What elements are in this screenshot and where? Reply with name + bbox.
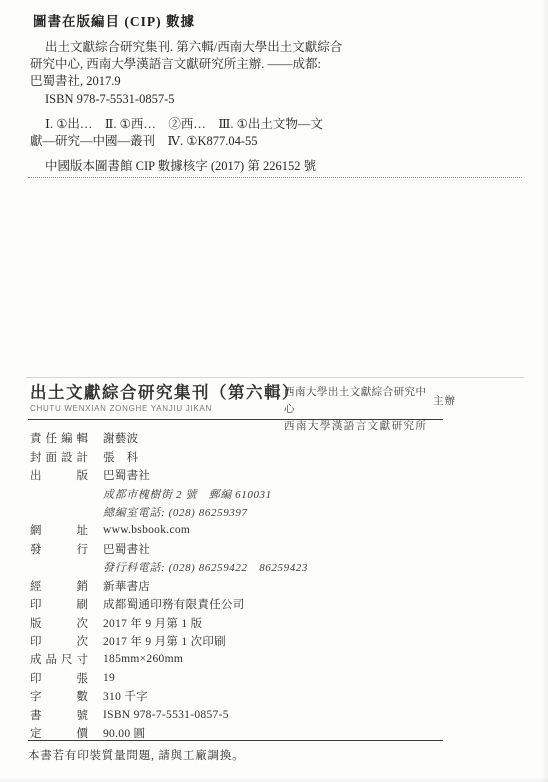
row-label: 字數 bbox=[30, 688, 88, 704]
row-label: 封面設計 bbox=[30, 449, 88, 465]
cip-line: Ⅰ. ①出… Ⅱ. ①西… ②西… Ⅲ. ①出土文物—文 bbox=[30, 116, 520, 133]
cip-description-paragraph: 出土文獻綜合研究集刊. 第六輯/西南大學出土文獻綜合 研究中心, 西南大學漢語言… bbox=[30, 39, 520, 108]
colophon-page: 圖書在版編目 (CIP) 數據 出土文獻綜合研究集刊. 第六輯/西南大學出土文獻… bbox=[0, 0, 548, 782]
row-value: 新華書店 bbox=[103, 578, 150, 594]
row-label: 書號 bbox=[30, 707, 88, 723]
quality-note: 本書若有印裝質量問題, 請與工廠調換。 bbox=[28, 747, 244, 763]
cip-record-number-line: 中國版本圖書館 CIP 數據核字 (2017) 第 226152 號 bbox=[30, 158, 520, 175]
colophon-row-edition: 版次 2017 年 9 月第 1 版 bbox=[30, 613, 528, 631]
colophon-row-website: 網址 www.bsbook.com bbox=[30, 521, 528, 539]
scan-edge-shading-bottom bbox=[0, 777, 548, 782]
colophon-row-cover-design: 封面設計 張 科 bbox=[30, 447, 528, 465]
row-value: www.bsbook.com bbox=[103, 524, 190, 536]
row-value: 巴蜀書社 bbox=[103, 541, 150, 557]
sponsor-label: 主辦 bbox=[433, 393, 456, 408]
dotted-divider bbox=[28, 177, 522, 178]
row-label: 定價 bbox=[30, 725, 88, 741]
colophon-row-trim-size: 成品尺寸 185mm×260mm bbox=[30, 650, 528, 668]
faint-rule bbox=[26, 377, 524, 378]
row-value: 張 科 bbox=[103, 449, 138, 465]
title-underline-rule bbox=[28, 419, 443, 420]
colophon-row-printer: 印刷 成都蜀通印務有限責任公司 bbox=[30, 595, 528, 613]
cip-heading: 圖書在版編目 (CIP) 數據 bbox=[33, 10, 195, 30]
organizer-block: 西南大學出土文獻綜合研究中心 西南大學漢語言文獻研究所 bbox=[284, 384, 426, 435]
colophon-row-editor: 責任編輯 謝藝波 bbox=[30, 429, 528, 447]
row-label: 成品尺寸 bbox=[30, 651, 88, 667]
row-value: 19 bbox=[103, 672, 115, 684]
colophon-row-isbn: 書號 ISBN 978-7-5531-0857-5 bbox=[30, 706, 528, 724]
cip-record-paragraph: 中國版本圖書館 CIP 數據核字 (2017) 第 226152 號 bbox=[30, 158, 520, 175]
footer-rule bbox=[28, 740, 443, 741]
row-label: 責任編輯 bbox=[30, 430, 88, 446]
cip-isbn-line: ISBN 978-7-5531-0857-5 bbox=[30, 91, 520, 108]
row-value: 2017 年 9 月第 1 版 bbox=[103, 615, 202, 631]
colophon-row-distributor: 發行 巴蜀書社 bbox=[30, 540, 528, 558]
organizer-line-1: 西南大學出土文獻綜合研究中心 bbox=[284, 384, 426, 418]
cip-line: 巴蜀書社, 2017.9 bbox=[30, 73, 520, 90]
colophon-row-printing: 印次 2017 年 9 月第 1 次印刷 bbox=[30, 632, 528, 650]
row-value: ISBN 978-7-5531-0857-5 bbox=[103, 709, 229, 721]
row-value: 2017 年 9 月第 1 次印刷 bbox=[103, 633, 226, 649]
colophon-row-publisher-address: 成都市槐樹街 2 號 郵編 610031 bbox=[30, 484, 528, 502]
title-block: 出土文獻綜合研究集刊（第六輯） CHUTU WENXIAN ZONGHE YAN… bbox=[30, 383, 520, 417]
row-label: 發行 bbox=[30, 541, 88, 557]
row-label: 印次 bbox=[30, 633, 88, 649]
colophon-rows: 責任編輯 謝藝波 封面設計 張 科 出版 巴蜀書社 成都市槐樹街 2 號 郵編 … bbox=[30, 429, 528, 742]
cip-classification-paragraph: Ⅰ. ①出… Ⅱ. ①西… ②西… Ⅲ. ①出土文物—文 獻—研究—中國—叢刊 … bbox=[30, 116, 520, 150]
row-label: 網址 bbox=[30, 522, 88, 538]
row-label: 出版 bbox=[30, 467, 88, 483]
row-label: 印刷 bbox=[30, 596, 88, 612]
cip-line: 獻—研究—中國—叢刊 Ⅳ. ①K877.04-55 bbox=[30, 133, 520, 150]
cip-line: 研究中心, 西南大學漢語言文獻研究所主辦. ——成都: bbox=[30, 56, 520, 73]
row-label: 版次 bbox=[30, 615, 88, 631]
colophon-row-publisher: 出版 巴蜀書社 bbox=[30, 466, 528, 484]
row-value: 成都蜀通印務有限責任公司 bbox=[103, 596, 245, 612]
row-label: 印張 bbox=[30, 670, 88, 686]
colophon-row-publisher-phone: 總編室電話: (028) 86259397 bbox=[30, 503, 528, 521]
row-value: 謝藝波 bbox=[103, 430, 138, 446]
row-label: 經銷 bbox=[30, 578, 88, 594]
colophon-row-word-count: 字數 310 千字 bbox=[30, 687, 528, 705]
cip-line: 出土文獻綜合研究集刊. 第六輯/西南大學出土文獻綜合 bbox=[30, 39, 520, 56]
row-value: 總編室電話: (028) 86259397 bbox=[103, 504, 248, 520]
colophon-row-seller: 經銷 新華書店 bbox=[30, 577, 528, 595]
colophon-row-distribution-phone: 發行科電話: (028) 86259422 86259423 bbox=[30, 558, 528, 576]
row-value: 發行科電話: (028) 86259422 86259423 bbox=[103, 559, 308, 575]
colophon-row-sheets: 印張 19 bbox=[30, 669, 528, 687]
row-value: 巴蜀書社 bbox=[103, 467, 150, 483]
row-value: 185mm×260mm bbox=[103, 653, 183, 665]
row-value: 310 千字 bbox=[103, 688, 148, 704]
row-value: 90.00 圓 bbox=[103, 725, 145, 741]
row-value: 成都市槐樹街 2 號 郵編 610031 bbox=[103, 486, 272, 502]
scan-edge-shading bbox=[542, 0, 548, 782]
